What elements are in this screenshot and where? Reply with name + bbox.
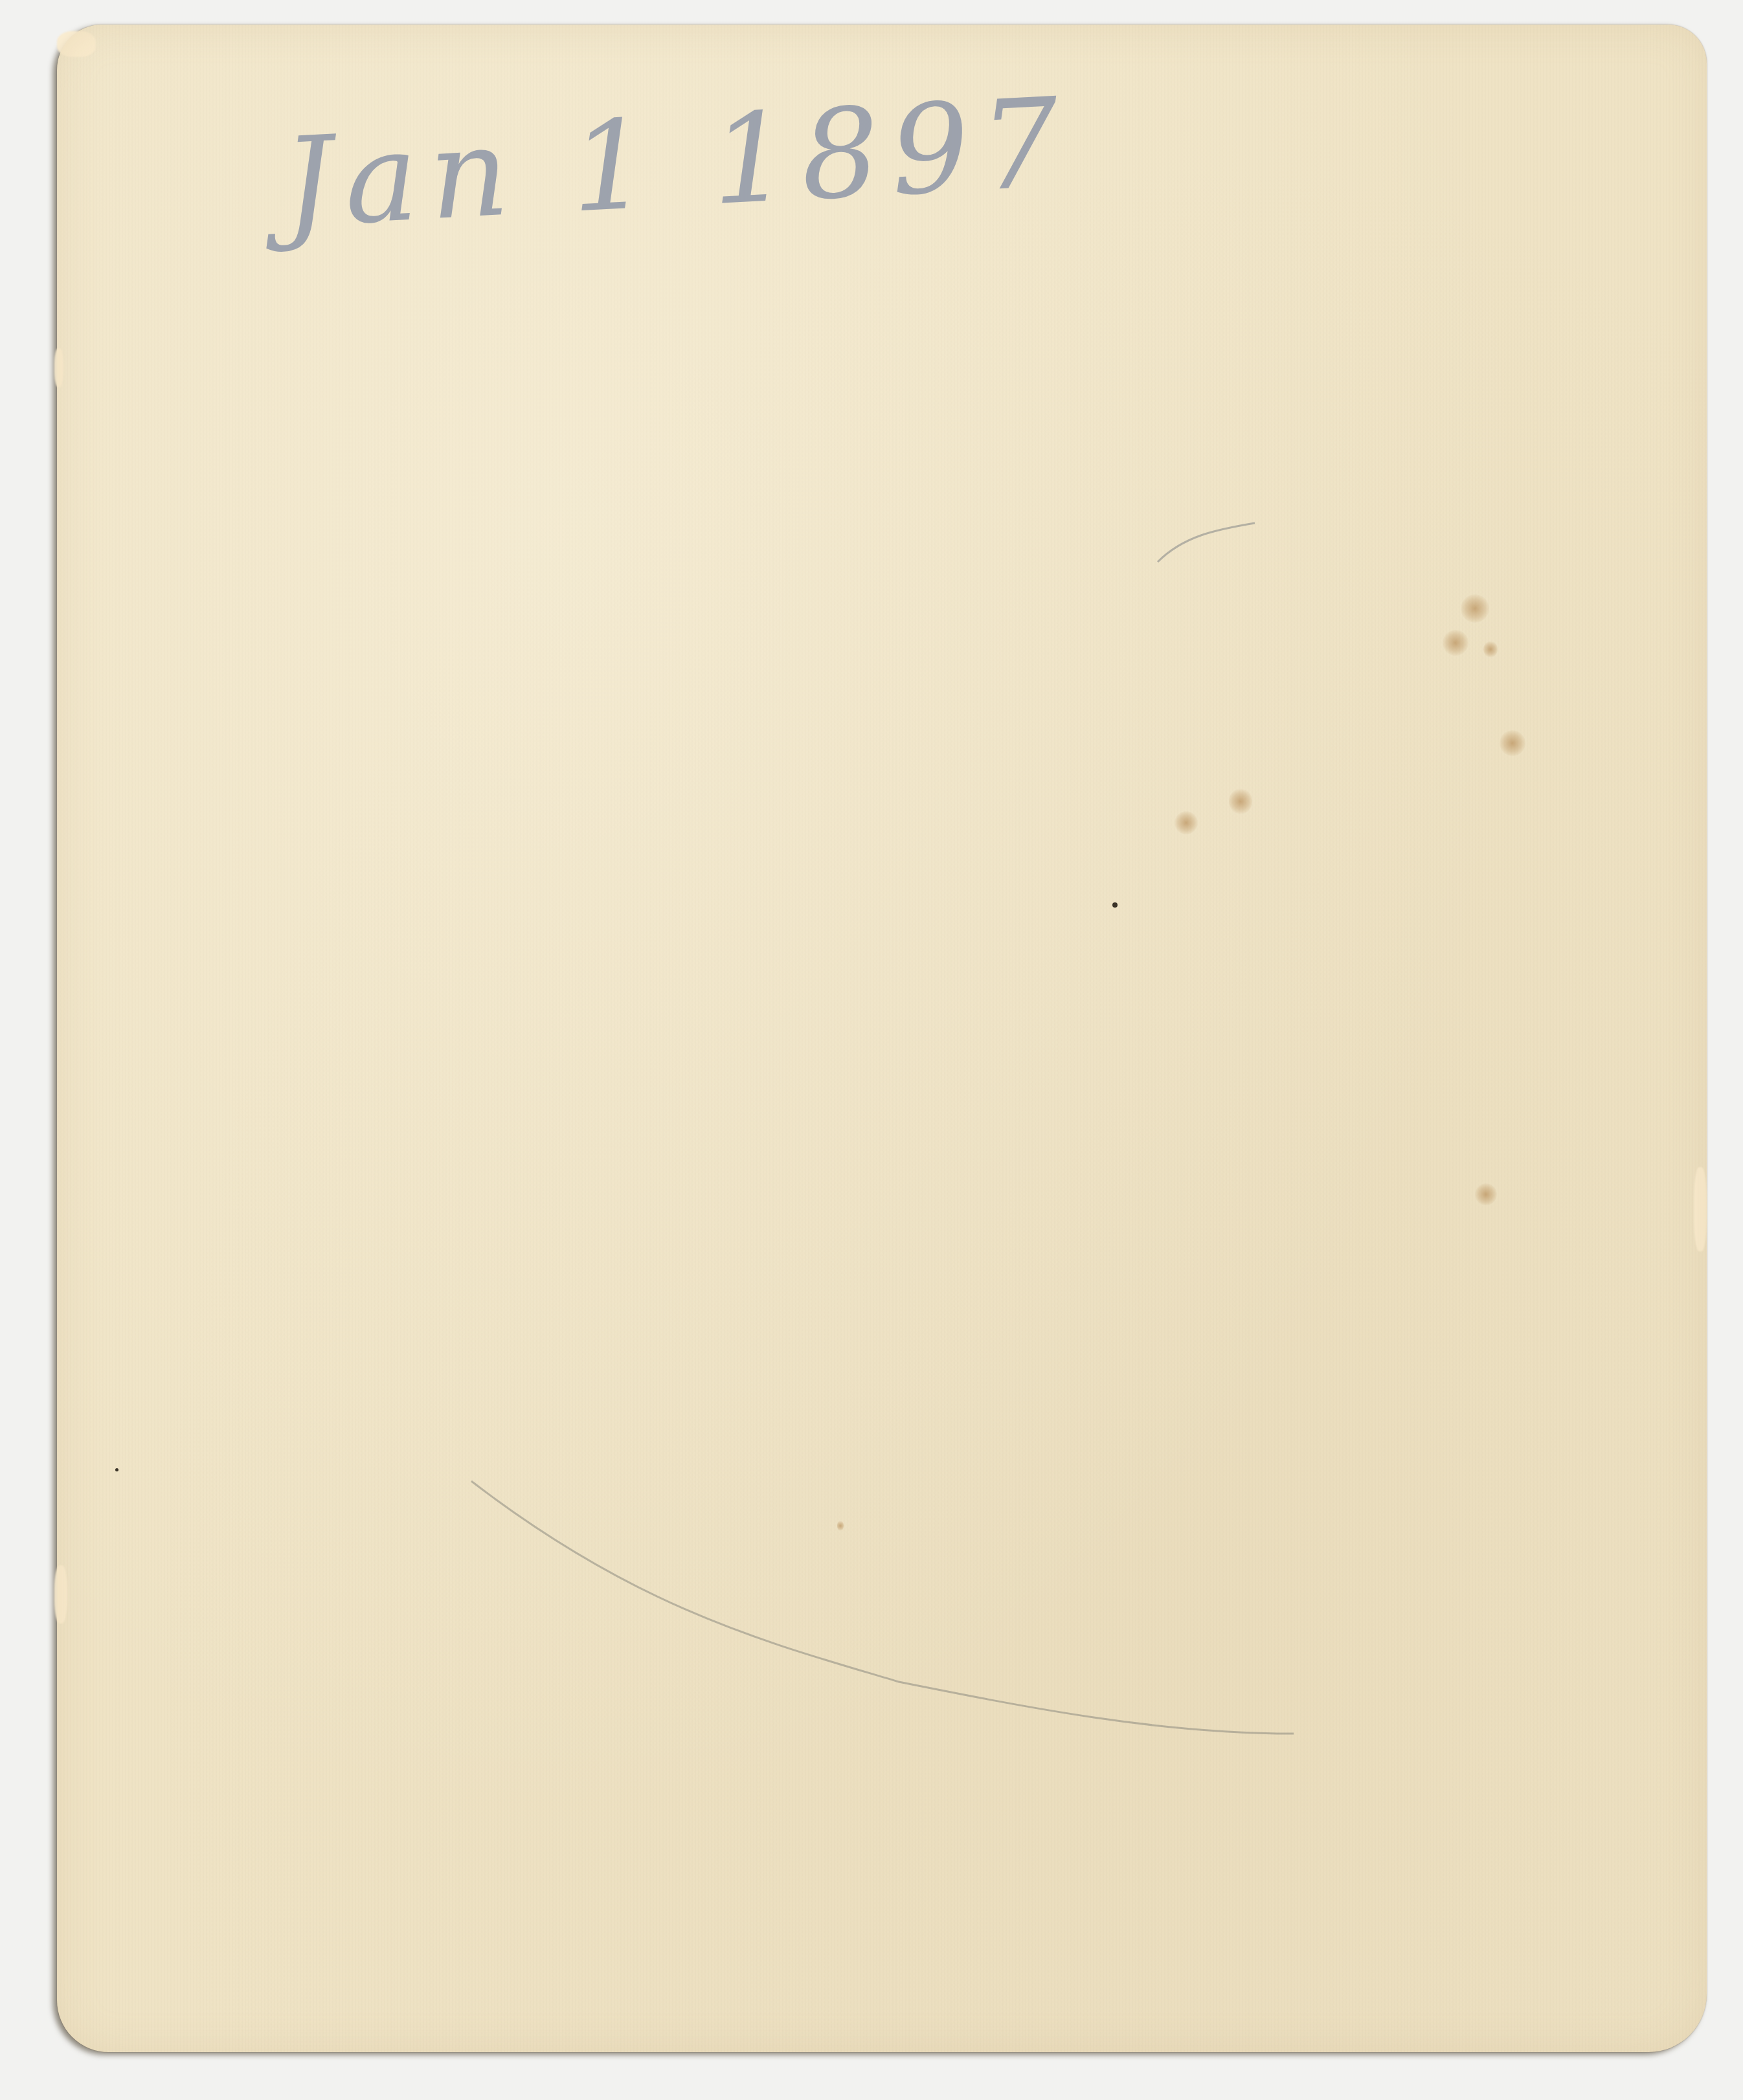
edge-wear — [57, 31, 96, 57]
edge-wear — [54, 1565, 67, 1624]
edge-wear — [54, 348, 63, 387]
cabinet-card-back: Jan 1 1897 — [57, 25, 1707, 2052]
edge-wear — [1694, 1167, 1707, 1251]
